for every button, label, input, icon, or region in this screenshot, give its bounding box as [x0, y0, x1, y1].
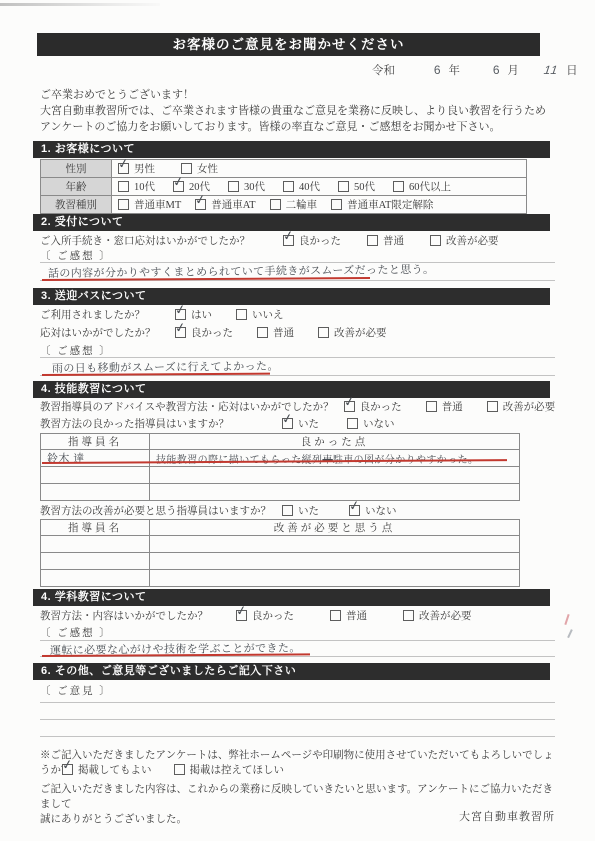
table-row-empty	[41, 536, 520, 553]
question-text: 応対はいかがでしたか？	[40, 325, 175, 340]
column-header-good-point: 良かった点	[150, 434, 520, 450]
option-car-at: 普通車AT	[195, 197, 255, 212]
option-label: 普通車AT	[211, 197, 255, 212]
checkbox-icon	[331, 199, 342, 210]
row-label-course: 教習種別	[41, 196, 112, 214]
option-label: 50代	[354, 179, 375, 194]
option-label: 30代	[244, 179, 265, 194]
checkbox-icon	[175, 309, 186, 320]
question-text: 教習方法・内容はいかがでしたか？	[40, 608, 236, 623]
scan-artifact-streak	[0, 3, 160, 6]
course-options: 普通車MT 普通車AT 二輪車 普通車AT限定解除	[118, 197, 520, 212]
option-age-10s: 10代	[118, 179, 155, 194]
scanned-survey-page: お客様のご意見をお聞かせください 令和 6 年 6 月 11 日 ご卒業おめでと…	[0, 0, 595, 841]
checkbox-icon	[367, 235, 378, 246]
age-options: 10代 20代 30代 40代 50代 60代以上	[118, 179, 520, 194]
skill-advice-question-row: 教習指導員のアドバイスや教習方法・応対はいかがでしたか？ 良かった 普通 改善が…	[40, 399, 555, 414]
section-header-bus: 3. 送迎バスについて	[33, 288, 550, 305]
table-row-empty	[41, 570, 520, 587]
reception-options: 良かった 普通 改善が必要	[283, 233, 499, 248]
date-month-unit: 月	[507, 65, 519, 77]
option-needs-improvement: 改善が必要	[318, 325, 387, 340]
option-label: 良かった	[360, 399, 402, 414]
option-needs-improvement: 改善が必要	[403, 608, 472, 623]
checkbox-icon	[181, 163, 192, 174]
scan-artifact-gray-mark	[567, 629, 572, 638]
bus-service-question-row: 応対はいかがでしたか？ 良かった 普通 改善が必要	[40, 325, 387, 340]
checkbox-icon	[173, 181, 184, 192]
date-era-label: 令和	[372, 65, 395, 77]
table-row-entry: 鈴木 達 技能教習の際に描いてもらった縦列車駐車の図が分かりやすかった。	[41, 450, 520, 467]
option-label: いた	[298, 416, 319, 431]
option-label: 普通	[442, 399, 463, 414]
section-header-skill: 4. 技能教習について	[33, 381, 550, 398]
date-day-unit: 日	[566, 65, 578, 77]
question-text: 教習方法の良かった指導員はいますか？	[40, 416, 282, 431]
comment-label: 〔 ご意見 〕	[40, 683, 112, 698]
checkbox-icon	[393, 181, 404, 192]
checkbox-icon	[283, 181, 294, 192]
column-header-improve-point: 改善が必要と思う点	[150, 520, 520, 536]
option-normal: 普通	[367, 233, 404, 248]
column-header-instructor-name: 指導員名	[41, 520, 150, 536]
option-inai: いない	[347, 416, 395, 431]
date-month-handwritten: 6	[493, 63, 500, 77]
table-header-row: 指導員名 改善が必要と思う点	[41, 520, 520, 536]
option-label: 普通	[273, 325, 294, 340]
checkbox-icon	[282, 418, 293, 429]
column-header-instructor-name: 指導員名	[41, 434, 150, 450]
date-day-handwritten: 11	[541, 63, 560, 77]
section-header-lecture: 4. 学科教習について	[33, 589, 550, 606]
checkbox-icon	[330, 610, 341, 621]
checkbox-icon	[118, 181, 129, 192]
option-motorcycle: 二輪車	[270, 197, 318, 212]
intro-paragraph: ご卒業おめでとうございます！ 大宮自動車教習所では、ご卒業されます皆様の貴重なご…	[40, 87, 558, 135]
option-age-60s-plus: 60代以上	[393, 179, 451, 194]
option-car-mt: 普通車MT	[118, 197, 181, 212]
option-good: 良かった	[344, 399, 402, 414]
option-normal: 普通	[330, 608, 367, 623]
school-signature: 大宮自動車教習所	[459, 808, 555, 824]
checkbox-icon	[174, 764, 185, 775]
question-text: ご利用されましたか？	[40, 307, 175, 322]
checkbox-icon	[283, 235, 294, 246]
skill-advice-options: 良かった 普通 改善が必要	[344, 399, 556, 414]
option-label: 良かった	[252, 608, 294, 623]
table-header-row: 指導員名 良かった点	[41, 434, 520, 450]
checkbox-icon	[195, 199, 206, 210]
table-row-age: 年齢 10代 20代 30代 40代 50代 60代以上	[41, 178, 527, 196]
option-label: 男性	[134, 161, 155, 176]
checkbox-icon	[487, 401, 498, 412]
option-normal: 普通	[426, 399, 463, 414]
checkbox-icon	[236, 610, 247, 621]
option-label: 普通車MT	[134, 197, 181, 212]
option-no: いいえ	[236, 307, 284, 322]
option-good: 良かった	[283, 233, 341, 248]
option-label: 女性	[197, 161, 218, 176]
option-label: 良かった	[299, 233, 341, 248]
option-label: 普通	[383, 233, 404, 248]
comment-label: 〔 ご感想 〕	[40, 625, 112, 640]
option-label: はい	[191, 307, 212, 322]
option-good: 良かった	[175, 325, 233, 340]
checkbox-icon	[403, 610, 414, 621]
table-row-empty	[41, 484, 520, 501]
option-age-40s: 40代	[283, 179, 320, 194]
form-title-banner: お客様のご意見をお聞かせください	[37, 33, 540, 56]
improve-instructor-table: 指導員名 改善が必要と思う点	[40, 519, 520, 587]
checkbox-icon	[257, 327, 268, 338]
option-label: 普通	[346, 608, 367, 623]
option-label: 改善が必要	[446, 233, 499, 248]
option-label: 20代	[189, 179, 210, 194]
row-label-gender: 性別	[41, 160, 112, 178]
option-age-50s: 50代	[338, 179, 375, 194]
checkbox-icon	[118, 163, 129, 174]
option-inai: いない	[349, 503, 397, 518]
checkbox-icon	[347, 418, 358, 429]
option-label: 10代	[134, 179, 155, 194]
checkbox-icon	[430, 235, 441, 246]
option-label: 二輪車	[286, 197, 318, 212]
bus-service-options: 良かった 普通 改善が必要	[175, 325, 387, 340]
skill-good-options: いた いない	[282, 416, 395, 431]
skill-good-instructor-question-row: 教習方法の良かった指導員はいますか？ いた いない	[40, 416, 395, 431]
question-text: ご入所手続き・窓口応対はいかがでしたか？	[40, 233, 283, 248]
option-good: 良かった	[236, 608, 294, 623]
date-year-handwritten: 6	[434, 63, 441, 77]
checkbox-icon	[118, 199, 129, 210]
option-label: 改善が必要	[334, 325, 387, 340]
table-row-gender: 性別 男性 女性	[41, 160, 527, 178]
option-label: いない	[363, 416, 395, 431]
option-publish-ok: 掲載してもよい	[62, 762, 152, 777]
option-male: 男性	[118, 161, 155, 176]
option-at-limit-release: 普通車AT限定解除	[331, 197, 433, 212]
table-row-course: 教習種別 普通車MT 普通車AT 二輪車 普通車AT限定解除	[41, 196, 527, 214]
option-label: 改善が必要	[503, 399, 556, 414]
option-needs-improvement: 改善が必要	[487, 399, 556, 414]
section-header-other: 6. その他、ご意見等ございましたらご記入下さい	[33, 663, 550, 680]
ruled-line	[40, 736, 555, 737]
publish-options-row: 掲載してもよい 掲載は控えてほしい	[62, 762, 284, 777]
option-label: いいえ	[252, 307, 284, 322]
checkbox-icon	[228, 181, 239, 192]
option-needs-improvement: 改善が必要	[430, 233, 499, 248]
customer-info-table: 性別 男性 女性 年齢 10代 20代 30代 40代 50代 60代以上 教習…	[40, 159, 527, 214]
ruled-line	[40, 357, 555, 358]
option-label: いた	[298, 503, 319, 518]
checkbox-icon	[236, 309, 247, 320]
checkbox-icon	[62, 764, 73, 775]
comment-label: 〔 ご感想 〕	[40, 248, 112, 263]
option-label: 普通車AT限定解除	[347, 197, 433, 212]
checkbox-icon	[318, 327, 329, 338]
bus-used-options: はい いいえ	[175, 307, 284, 322]
intro-line: ご卒業おめでとうございます！	[40, 87, 558, 103]
skill-improve-question-row: 教習方法の改善が必要と思う指導員はいますか？ いた いない	[40, 503, 397, 518]
table-row-empty	[41, 467, 520, 484]
section-header-customer: 1. お客様について	[33, 141, 550, 158]
date-line: 令和 6 年 6 月 11 日	[372, 62, 578, 78]
publish-options: 掲載してもよい 掲載は控えてほしい	[62, 762, 284, 777]
date-year-unit: 年	[448, 65, 460, 77]
checkbox-icon	[426, 401, 437, 412]
checkbox-icon	[270, 199, 281, 210]
lecture-question-row: 教習方法・内容はいかがでしたか？ 良かった 普通 改善が必要	[40, 608, 472, 623]
option-normal: 普通	[257, 325, 294, 340]
option-label: 改善が必要	[419, 608, 472, 623]
option-age-30s: 30代	[228, 179, 265, 194]
comment-label: 〔 ご感想 〕	[40, 343, 112, 358]
checkbox-icon	[175, 327, 186, 338]
option-ita: いた	[282, 416, 319, 431]
reception-question-row: ご入所手続き・窓口応対はいかがでしたか？ 良かった 普通 改善が必要	[40, 233, 499, 248]
scan-artifact-pink-mark	[564, 614, 569, 625]
option-label: 60代以上	[409, 179, 451, 194]
checkbox-icon	[349, 505, 360, 516]
option-ita: いた	[282, 503, 319, 518]
checkbox-icon	[338, 181, 349, 192]
option-female: 女性	[181, 161, 218, 176]
checkbox-icon	[344, 401, 355, 412]
intro-line: 大宮自動車教習所では、ご卒業されます皆様の貴重なご意見を業務に反映し、より良い教…	[40, 103, 558, 119]
good-instructor-table: 指導員名 良かった点 鈴木 達 技能教習の際に描いてもらった縦列車駐車の図が分か…	[40, 433, 520, 501]
ruled-line	[40, 702, 555, 703]
skill-improve-options: いた いない	[282, 503, 397, 518]
option-label: 掲載してもよい	[78, 762, 152, 777]
ruled-line	[40, 719, 555, 720]
row-label-age: 年齢	[41, 178, 112, 196]
option-label: 40代	[299, 179, 320, 194]
option-label: 掲載は控えてほしい	[190, 762, 285, 777]
option-label: いない	[365, 503, 397, 518]
option-label: 良かった	[191, 325, 233, 340]
question-text: 教習方法の改善が必要と思う指導員はいますか？	[40, 503, 282, 518]
table-row-empty	[41, 553, 520, 570]
option-publish-decline: 掲載は控えてほしい	[174, 762, 285, 777]
bus-used-question-row: ご利用されましたか？ はい いいえ	[40, 307, 284, 322]
intro-line: アンケートのご協力をお願いしております。皆様の率直なご意見・ご感想をお聞かせ下さ…	[40, 119, 558, 135]
lecture-options: 良かった 普通 改善が必要	[236, 608, 472, 623]
checkbox-icon	[282, 505, 293, 516]
